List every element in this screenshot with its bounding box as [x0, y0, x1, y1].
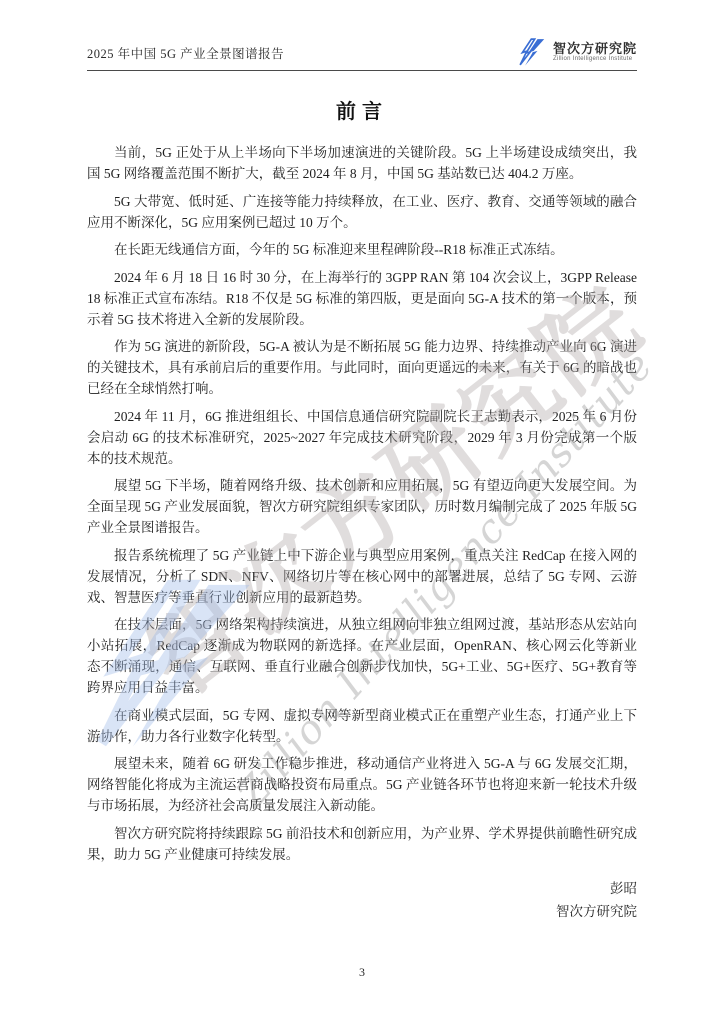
report-page: 2025 年中国 5G 产业全景图谱报告 智次方研究院 Zillion Inte… [0, 0, 724, 1024]
paragraph: 展望 5G 下半场，随着网络升级、技术创新和应用拓展，5G 有望迈向更大发展空间… [87, 475, 637, 538]
paragraph: 在商业模式层面，5G 专网、虚拟专网等新型商业模式正在重塑产业生态，打通产业上下… [87, 705, 637, 747]
lightning-logo-icon [518, 38, 548, 66]
document-title: 2025 年中国 5G 产业全景图谱报告 [87, 44, 284, 66]
paragraph: 智次方研究院将持续跟踪 5G 前沿技术和创新应用，为产业界、学术界提供前瞻性研究… [87, 823, 637, 865]
paragraph: 2024 年 6 月 18 日 16 时 30 分，在上海举行的 3GPP RA… [87, 267, 637, 330]
paragraph: 在长距无线通信方面，今年的 5G 标准迎来里程碑阶段--R18 标准正式冻结。 [87, 239, 637, 260]
paragraph: 作为 5G 演进的新阶段，5G-A 被认为是不断拓展 5G 能力边界、持续推动产… [87, 336, 637, 399]
page-title: 前言 [87, 95, 637, 124]
signature-author: 彭昭 [87, 877, 637, 900]
paragraph: 在技术层面，5G 网络架构持续演进，从独立组网向非独立组网过渡，基站形态从宏站向… [87, 614, 637, 698]
signature-block: 彭昭 智次方研究院 [87, 877, 637, 923]
logo-name-en: Zillion Intelligence Institute [553, 56, 637, 62]
page-header: 2025 年中国 5G 产业全景图谱报告 智次方研究院 Zillion Inte… [87, 0, 637, 71]
paragraph: 展望未来，随着 6G 研发工作稳步推进，移动通信产业将进入 5G-A 与 6G … [87, 753, 637, 816]
paragraph: 2024 年 11 月，6G 推进组组长、中国信息通信研究院副院长王志勤表示，2… [87, 406, 637, 469]
preface-content: 前言 当前，5G 正处于从上半场向下半场加速演进的关键阶段。5G 上半场建设成绩… [87, 71, 637, 923]
logo-name-cn: 智次方研究院 [553, 42, 637, 56]
brand-logo: 智次方研究院 Zillion Intelligence Institute [518, 38, 637, 66]
page-number: 3 [359, 965, 365, 979]
signature-org: 智次方研究院 [87, 900, 637, 923]
paragraph: 5G 大带宽、低时延、广连接等能力持续释放，在工业、医疗、教育、交通等领域的融合… [87, 191, 637, 233]
paragraph: 当前，5G 正处于从上半场向下半场加速演进的关键阶段。5G 上半场建设成绩突出，… [87, 142, 637, 184]
paragraph: 报告系统梳理了 5G 产业链上中下游企业与典型应用案例，重点关注 RedCap … [87, 545, 637, 608]
logo-text-block: 智次方研究院 Zillion Intelligence Institute [553, 42, 637, 63]
